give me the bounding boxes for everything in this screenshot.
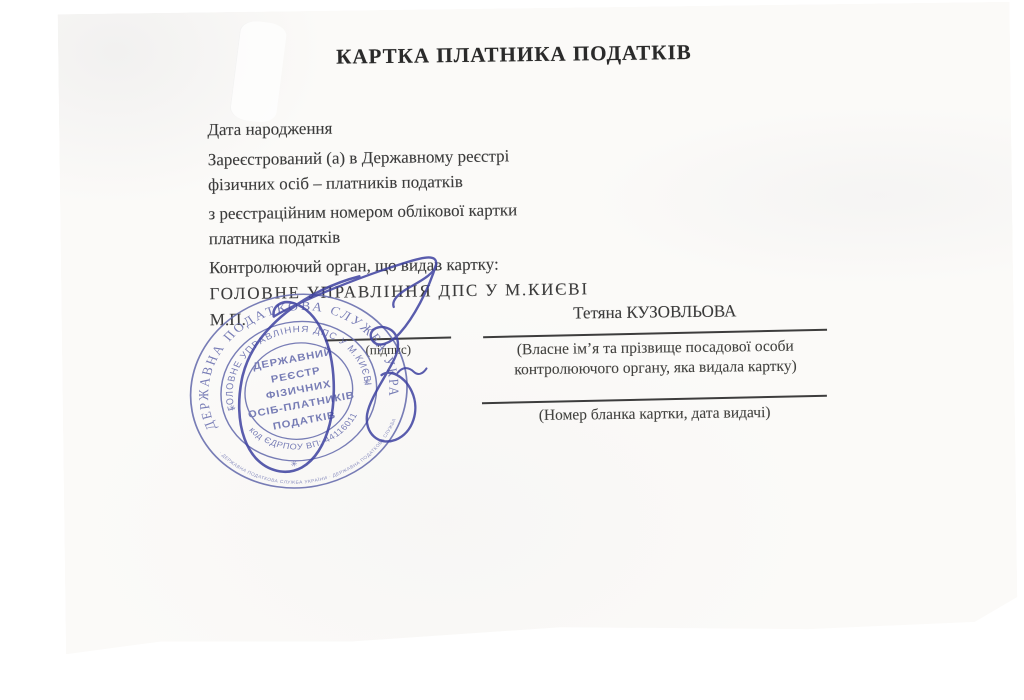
- stamp-center-line3: ФІЗИЧНИХ: [265, 379, 332, 402]
- stamp-center-line1: ДЕРЖАВНИЙ: [252, 345, 334, 372]
- seal-place-label: М.П.: [210, 310, 246, 330]
- field-registered-line1: Зареєстрований (а) в Державному реєстрі: [208, 146, 510, 170]
- star-icon: ✳: [290, 459, 299, 469]
- field-reg-number-line2: платника податків: [209, 228, 341, 250]
- blank-number-caption: (Номер бланка картки, дата видачі): [482, 403, 827, 426]
- stamp-separator-stars: ✳ ✳ ✳: [228, 378, 384, 479]
- name-caption-line1: (Власне ім’я та прізвище посадової особи: [483, 337, 827, 360]
- signature-stroke-loop-left: [238, 276, 362, 472]
- stamp-inner-ring-bottom-text: код ЄДРПОУ ВП: 44116011: [246, 406, 364, 461]
- signature-caption: (підпис): [325, 341, 451, 359]
- name-caption-line2: контролюючого органу, яка видала картку): [483, 357, 827, 380]
- stamp-center-line2: РЕЄСТР: [270, 365, 321, 385]
- star-icon: ✳: [228, 403, 237, 413]
- blank-number-rule: [482, 395, 827, 405]
- document-title: КАРТКА ПЛАТНИКА ПОДАТКІВ: [206, 38, 821, 71]
- stamp-center-line4: ОСІБ-ПЛАТНИКІВ: [247, 390, 356, 421]
- field-authority-label: Контролюючий орган, що видав картку:: [209, 255, 499, 279]
- field-authority-value: ГОЛОВНЕ УПРАВЛІННЯ ДПС У М.КИЄВІ: [209, 279, 589, 304]
- stamp-center-line5: ПОДАТКІВ: [272, 410, 337, 433]
- signature-stroke-tilde: [398, 368, 427, 374]
- official-name: Тетяна КУЗОВЛЬОВА: [483, 300, 827, 325]
- field-reg-number-line1: з реєстраційним номером облікової картки: [208, 200, 517, 224]
- document-content: КАРТКА ПЛАТНИКА ПОДАТКІВ Дата народження…: [0, 0, 1024, 700]
- paper-crease: [228, 19, 287, 124]
- stamp-middle-circle: [209, 308, 388, 473]
- name-rule: [483, 329, 827, 339]
- star-icon: ✳: [363, 378, 372, 388]
- field-birth-date-label: Дата народження: [207, 119, 332, 141]
- field-registered-line2: фізичних осіб – платників податків: [208, 172, 463, 195]
- round-seal-stamp: ДЕРЖАВНА ПОДАТКОВА СЛУЖБА УКРАЇНИ · ДЕРЖ…: [131, 238, 424, 512]
